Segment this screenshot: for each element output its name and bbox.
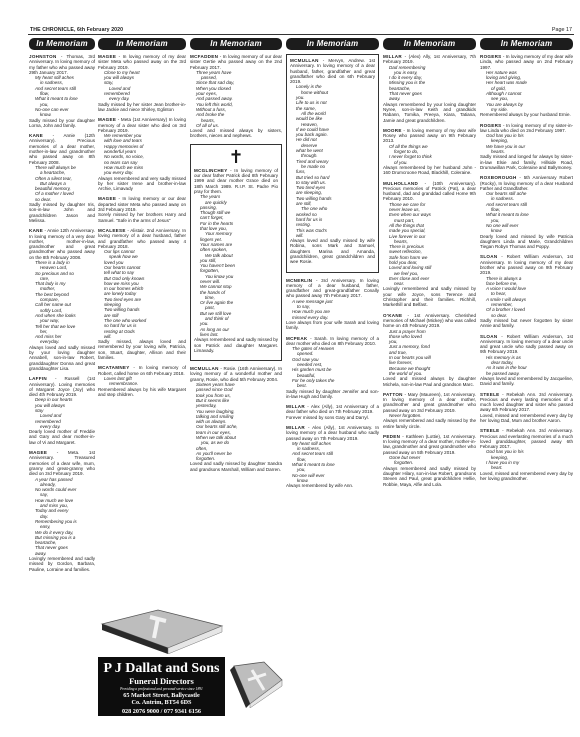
boxed-notice: MCMULLAN - Mervyn, Andrew. 1st Anniversa… [286,54,379,273]
notice-paragraph: MCPEAK - Sarah. In loving memory of a de… [286,336,379,347]
column-2: In Memoriam MAGEE - In loving memory of … [98,38,186,402]
notice-surname: O'KANE [383,313,402,318]
memorial-notice: MILLAR - Alex (Ally), 1st Anniversary of… [286,404,379,420]
notice-paragraph: LAFFIN - Russell (1st Anniversary). Lovi… [29,376,95,397]
memorial-notice: KANE - Annie (12th Anniversary). Preciou… [29,133,95,223]
notice-surname: MCFADDEN [190,54,218,59]
memorial-notice: KANE - Annie 12th Anniversary. In loving… [29,228,95,371]
notice-surname: MILLAR [383,54,402,59]
section-header-in-memoriam: In Memoriam [286,38,379,50]
notice-verse: We remember youwith love and tearsHappy … [98,133,186,175]
notice-verse: There is a lady inHeaven Lord,So preciou… [29,260,95,345]
notice-paragraph: MAGEE - Meta (1st Anniversary) In loving… [98,117,186,133]
notice-signoff: Sadly missed by daughter Jennifer and so… [286,389,379,400]
funeral-director-advert: P J Dallat and Sons Funeral Directors Pr… [98,657,225,716]
notice-paragraph: MCMULLAN - Rosie. (16th Anniversary). In… [190,366,282,382]
advert-title: P J Dallat and Sons [101,661,222,676]
notice-verse: God has you in hiskeeping,I have you in … [480,449,573,470]
notice-paragraph: PEDEN - Kathleen (Lottie), 1st Anniversa… [383,434,476,455]
notice-signoff: Always remembered by her husband John - … [383,165,476,176]
notice-paragraph: MCMULLAN - Mervyn, Andrew. 1st Anniversa… [290,58,375,84]
notice-surname: MCMULLAN [190,366,219,371]
memorial-notice: LAFFIN - Russell (1st Anniversary). Lovi… [29,376,95,445]
notice-paragraph: STEELE - Rebekah Ann. 3rd Anniversary. P… [480,392,573,413]
notice-surname: LAFFIN [29,376,47,381]
advert-address-line-2: Co. Antrim, BT54 6DS [101,699,222,706]
notice-paragraph: SLOAN - Robert William Anderson, 1st Ann… [480,334,573,355]
notice-paragraph: KANE - Annie 12th Anniversary. In loving… [29,228,95,260]
notice-verse: Gone but neverforgotten. [383,455,476,466]
notice-paragraph: SLOAN - Robert William Anderson, 1st Ann… [480,254,573,275]
memorial-notice: MILLAR - (Alex) Ally, 1st Anniversary, 7… [383,54,476,123]
memorial-notice: JOHNSTON - Thomas, 3rd Anniversary. In l… [29,54,95,128]
notice-signoff: Always remembered by your loving daughte… [383,102,476,123]
notice-surname: MAGEE [29,450,47,455]
notice-signoff: Sorely missed by her brothers Harry and … [98,212,186,223]
notice-signoff: Dearly loved and missed by wife Patricia… [480,234,573,250]
memorial-notice: MCMULLAN - Rosie. (16th Anniversary). In… [190,366,282,472]
notice-surname: PATTON [383,392,403,397]
cross-icon: ✝ [194,148,278,166]
notice-verse: A year has passedalready,No words could … [29,477,95,556]
notice-signoff: Lovingly remembered and sadly missed by … [383,286,476,307]
notice-verse: His memory is asdear today,As it was in … [480,355,573,376]
notice-surname: PEDEN [383,434,400,439]
bible-graphic [228,660,284,708]
notice-surname: MCMULLAN [290,58,319,63]
memorial-notice: PEDEN - Kathleen (Lottie), 1st Anniversa… [383,434,476,487]
notice-paragraph: STEELE - Rebekah Ann. 3rd Anniversary. P… [480,428,573,449]
memorial-notice: MCATAMNEY - In loving memory of Robert, … [98,365,186,397]
notice-paragraph: ROGERS - In loving memory of my sister-i… [480,123,573,134]
section-header-in-memoriam: In Memoriam [190,38,282,50]
notice-signoff: Sadly missed, always loved and remembere… [98,339,186,360]
notice-signoff: Sadly missed by her sister Jean brother-… [98,102,186,113]
memorial-notice: MCGLINCHEY - In loving memory of our dea… [194,168,278,353]
memorial-notice: MAGEE - Meta (1st Anniversary) In loving… [98,117,186,191]
notice-paragraph: MOORE - In loving memory of my dear wife… [383,128,476,144]
notice-paragraph: MILLAR - Alex (Ally), 1st Anniversary. I… [286,425,379,441]
notice-body: - Annie 12th Anniversary. In loving memo… [29,228,95,259]
notice-surname: MAGEE [98,196,116,201]
notice-surname: MILLAR [286,425,305,430]
notice-signoff: Always remembered and sadly missed by th… [383,418,476,429]
notice-signoff: Always loved and sadly missed by your lo… [29,345,95,371]
notice-signoff: Always remembered and very sadly missed … [98,176,186,192]
notice-signoff: Always loved and remembered by Jacquelin… [480,376,573,387]
notice-surname: ROGERS [480,123,502,128]
notice-paragraph: MCFADDEN - In loving memory of our dear … [190,54,282,70]
notice-surname: MCALEESE [98,228,126,233]
notice-verse: Three years havepassed,Since that sad da… [190,70,282,128]
notice-signoff: Loved, missed and remembered every day b… [480,413,573,424]
section-header-in-memoriam: In Memoriam [383,38,476,50]
notice-surname: MCGLINCHEY [194,168,228,173]
advert-address-line-1: 65 Market Street, Ballycastle [101,692,222,699]
publication-dateline: THE CHRONICLE, 6th February 2020 [30,27,123,33]
memorial-notice: SLOAN - Robert William Anderson, 1st Ann… [480,334,573,387]
notice-surname: STEELE [480,392,500,397]
notice-verse: A wee message justto say,How much you ar… [286,299,379,320]
notice-surname: MCATAMNEY [98,365,130,370]
notice-signoff: Always loved and sadly missed by wife Ro… [290,238,375,264]
notice-signoff: Always remembered and sadly missed by da… [383,466,476,487]
notice-surname: SLOAN [480,334,497,339]
notice-paragraph: MCGLINCHEY - In loving memory of our dea… [194,168,278,194]
notice-verse: Her nature wasloving and giving,Her hear… [480,70,573,112]
notice-paragraph: ROGERS - In loving memory of my dear wif… [480,54,573,70]
notice-paragraph: MAGEE - In loving memory or our dear dep… [98,196,186,212]
notice-signoff: Love always from your wife Sarah and lov… [286,320,379,331]
notice-signoff: Loved and sadly missed by daughter Sandr… [190,461,282,472]
notice-verse: The gates of Heavenopened.God saw younee… [286,346,379,388]
notice-paragraph: MILLAR - Alex (Ally), 1st Anniversary of… [286,404,379,415]
notice-paragraph: MCNERLIN - 3rd Anniversary. In loving me… [286,278,379,299]
memorial-notice: O'KANE - 1st Anniversary. Cherished memo… [383,313,476,387]
masthead: THE CHRONICLE, 6th February 2020 Page 17 [0,0,580,36]
notice-surname: MCPEAK [286,336,308,341]
memorial-notice: MCALEESE - Alistair. 2nd Anniversary. In… [98,228,186,360]
notice-signoff: Loved, missed and remembered every day b… [480,471,573,482]
memorial-notice: ROGERS - In loving memory of my sister-i… [480,123,573,171]
notice-surname: SLOAN [480,254,497,259]
notice-signoff: Sadly missed but never forgotten by sist… [480,318,573,329]
notice-verse: Of all the things weforget to do,I never… [383,144,476,165]
notice-verse: Deep in our heartsyou will alwaysstayLov… [29,397,95,429]
advert-phone-numbers: 028 2076 9000 / 077 9341 6156 [101,707,222,716]
notice-signoff: Sadly missed by daughter Iris, son-in-la… [29,202,95,223]
memorial-notice: SLOAN - Robert William Anderson, 1st Ann… [480,254,573,328]
notice-signoff: Always remembered by wife Ann. [286,483,379,488]
notice-signoff: Lovingly remembered and sadly missed by … [29,556,95,572]
notice-paragraph: KANE - Annie (12th Anniversary). Preciou… [29,133,95,165]
advert-subtitle: Funeral Directors [101,676,222,686]
notice-surname: MILLAR [286,404,305,409]
notice-verse: Lonely is thehome withoutyou.Life to us … [290,84,375,238]
memorial-notice: STEELE - Rebekah Ann. 3rd Anniversary. P… [480,428,573,481]
memorial-notice: MCNERLIN - 3rd Anniversary. In loving me… [286,278,379,331]
notice-surname: KANE [29,228,43,233]
notice-verse: Dad rememberingyou is easy,I do it every… [383,65,476,102]
notice-surname: MAGEE [98,117,116,122]
notice-paragraph: PATTON - Mary (Maureen), 1st Anniversary… [383,392,476,413]
page-number: Page 17 [552,27,572,33]
notice-signoff: Forever missed by sons Gary and Darryl. [286,415,379,420]
notice-signoff: Dearly loved mother of Freddie and Gary … [29,429,95,445]
notice-verse: Just a prayer fromthose who lovedyou,Jus… [383,329,476,377]
notice-paragraph: MCATAMNEY - In loving memory of Robert, … [98,365,186,376]
notice-paragraph: ROXBOROUGH - 5th Anniversary Robert (Roc… [480,175,573,191]
notice-verse: Close to my heartyou will alwaysstay,Lov… [98,70,186,102]
notice-signoff: Remembered always by your husband Ernie. [480,112,573,117]
notice-signoff: Remembered always by his wife Margaret a… [98,387,186,398]
notice-surname: MOORE [383,128,402,133]
column-3: In Memoriam MCFADDEN - In loving memory … [190,38,282,477]
notice-verse: Our lips cannotspeak how weloved youOur … [98,249,186,339]
notice-verse: There will always bea heartache,Often a … [29,165,95,202]
notice-surname: MCNERLIN [286,278,312,283]
memorial-notice: PATTON - Mary (Maureen), 1st Anniversary… [383,392,476,429]
memorial-notice: MOORE - In loving memory of my dear wife… [383,128,476,176]
notice-verse: The yearsare quicklypassing,Though still… [194,194,278,337]
notice-paragraph: O'KANE - 1st Anniversary. Cherished memo… [383,313,476,329]
notice-surname: MULHOLLAND [383,181,418,186]
bible-graphic [98,608,226,654]
memorial-notice: ROXBOROUGH - 5th Anniversary Robert (Roc… [480,175,573,249]
memorial-notice: MULHOLLAND - (10th Anniversary). Preciou… [383,181,476,308]
memorial-notice: MCFADDEN - In loving memory of our dear … [190,54,282,139]
section-header-in-memoriam: In Memoriam [29,38,95,50]
notice-verse: There is always aface before me,A voice … [480,276,573,318]
boxed-notice: ✝MCGLINCHEY - In loving memory of our de… [190,144,282,361]
memorial-notice: ROGERS - In loving memory of my dear wif… [480,54,573,118]
notice-surname: STEELE [480,428,500,433]
section-header-in-memoriam: In Memoriam [98,38,186,50]
notice-paragraph: JOHNSTON - Thomas, 3rd Anniversary. In l… [29,54,95,75]
column-4: In Memoriam MCMULLAN - Mervyn, Andrew. 1… [286,38,379,494]
notice-signoff: Sadly missed by your daughter Lorna, Joh… [29,118,95,129]
notice-signoff: Sadly missed and longed for always by si… [480,154,573,170]
notice-verse: My heart still achesin sadness,And secre… [29,75,95,117]
column-1: In Memoriam JOHNSTON - Thomas, 3rd Anniv… [29,38,95,577]
memorial-notice: MCMULLAN - Mervyn, Andrew. 1st Anniversa… [290,58,375,265]
notice-signoff: Loved and missed always by daughter Mich… [383,376,476,387]
notice-surname: JOHNSTON [29,54,57,59]
notice-paragraph: MAGEE - Meta. 1st Anniversary. Treasured… [29,450,95,476]
notice-signoff: Loved and missed always by sisters, brot… [190,128,282,139]
memorial-notice: STEELE - Rebekah Ann. 3rd Anniversary. P… [480,392,573,424]
notice-verse: Sixteen years havepassed since Godtook y… [190,382,282,461]
memorial-notice: MAGEE - In loving memory of my dear sist… [98,54,186,112]
notice-paragraph: MCALEESE - Alistair. 2nd Anniversary. In… [98,228,186,249]
notice-body: - Annie (12th Anniversary). Precious mem… [29,133,95,164]
notice-verse: Our hearts still achein sadness.And secr… [480,191,573,233]
memorial-notice: MAGEE - Meta. 1st Anniversary. Treasured… [29,450,95,572]
notice-verse: My heart still achesin sadness,And secre… [286,441,379,483]
masthead-rule [28,34,574,35]
memorial-notice: MCPEAK - Sarah. In loving memory of a de… [286,336,379,400]
notice-surname: KANE [29,133,43,138]
notice-verse: God has you in hiskeeping,We have you in… [480,133,573,154]
notice-surname: ROGERS [480,54,502,59]
column-5: In Memoriam MILLAR - (Alex) Ally, 1st An… [383,38,476,492]
notice-verse: Those we care fornever leave us,Even whe… [383,202,476,287]
notice-verse: Loves last giftremembrance. [98,376,186,387]
memorial-notice: MAGEE - In loving memory or our dear dep… [98,196,186,222]
notice-paragraph: MAGEE - In loving memory of my dear sist… [98,54,186,70]
notice-surname: ROXBOROUGH [480,175,517,180]
section-header-in-memoriam: In Memoriam [480,38,573,50]
column-6: In Memoriam ROGERS - In loving memory of… [480,38,573,486]
notice-paragraph: MILLAR - (Alex) Ally, 1st Anniversary, 7… [383,54,476,65]
memorial-notice: MILLAR - Alex (Ally), 1st Anniversary. I… [286,425,379,489]
notice-paragraph: MULHOLLAND - (10th Anniversary). Preciou… [383,181,476,202]
notice-surname: MAGEE [98,54,116,59]
notice-signoff: Always remembered and sadly missed by so… [194,337,278,353]
